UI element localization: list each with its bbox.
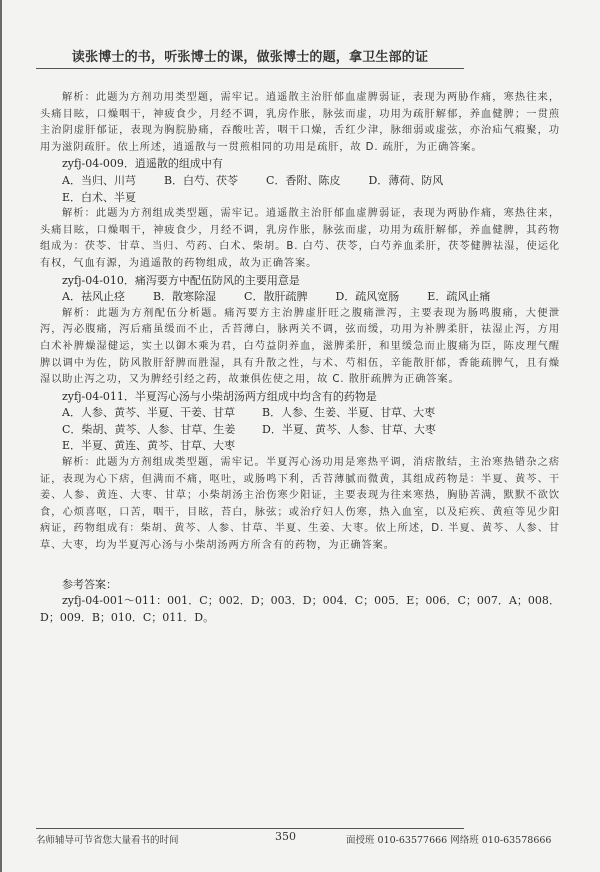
option-b: B．白芍、茯苓 <box>164 173 238 190</box>
analysis-009: 解析：此题为方剂组成类型题，需牢记。逍遥散主治肝郁血虚脾弱证，表现为两胁作痛，寒… <box>40 206 560 272</box>
options-011: A．人参、黄芩、半夏、干姜、甘草 B．人参、生姜、半夏、甘草、大枣 C．柴胡、黄… <box>40 405 560 455</box>
option-c: C．散肝疏脾 <box>244 289 307 306</box>
header-rule <box>36 68 464 69</box>
footer-rule <box>36 828 464 829</box>
analysis-010: 解析：此题为方剂配伍分析题。痛泻要方主治脾虚肝旺之腹痛泄泻，主要表现为肠鸣腹痛，… <box>40 306 560 389</box>
page-edge <box>0 0 2 872</box>
option-c: C．香附、陈皮 <box>266 173 340 190</box>
option-b: B．散寒除湿 <box>153 289 216 306</box>
option-e: E．疏风止痛 <box>427 289 490 306</box>
question-stem-010: zyfj-04-010．痛泻要方中配伍防风的主要用意是 <box>40 273 560 290</box>
option-e: E．半夏、黄连、黄芩、甘草、大枣 <box>62 438 262 455</box>
option-c: C．柴胡、黄芩、人参、甘草、生姜 <box>62 422 262 439</box>
answers-heading: 参考答案： <box>40 577 560 594</box>
options-010: A．祛风止痉 B．散寒除湿 C．散肝疏脾 D．疏风宽肠 E．疏风止痛 <box>40 289 560 306</box>
analysis-011: 解析：此题为方剂组成类型题，需牢记。半夏泻心汤功用是寒热平调，消痞散结，主治寒热… <box>40 455 560 555</box>
option-d: D．半夏、黄芩、人参、甘草、大枣 <box>262 422 462 439</box>
page-number: 350 <box>275 830 296 843</box>
options-009: A．当归、川芎 B．白芍、茯苓 C．香附、陈皮 D．薄荷、防风 E．白术、半夏 <box>40 173 560 206</box>
option-d: D．薄荷、防风 <box>368 173 443 190</box>
page-content: 解析：此题为方剂功用类型题，需牢记。逍遥散主治肝郁血虚脾弱证，表现为两胁作痛，寒… <box>40 90 560 626</box>
footer-contact: 面授班 010-63577666 网络班 010-63578666 <box>346 832 551 846</box>
question-stem-011: zyfj-04-011．半夏泻心汤与小柴胡汤两方组成中均含有的药物是 <box>40 389 560 406</box>
option-a: A．当归、川芎 <box>62 173 136 190</box>
option-e: E．白术、半夏 <box>62 190 136 207</box>
analysis-008: 解析：此题为方剂功用类型题，需牢记。逍遥散主治肝郁血虚脾弱证，表现为两胁作痛，寒… <box>40 90 560 156</box>
option-a: A．人参、黄芩、半夏、干姜、甘草 <box>62 405 262 422</box>
option-b: B．人参、生姜、半夏、甘草、大枣 <box>262 405 462 422</box>
question-stem-009: zyfj-04-009．逍遥散的组成中有 <box>40 156 560 173</box>
footer-slogan: 名师辅导可节省您大量看书的时间 <box>36 832 179 846</box>
option-d: D．疏风宽肠 <box>335 289 399 306</box>
option-a: A．祛风止痉 <box>62 289 125 306</box>
header-title: 读张博士的书，听张博士的课，做张博士的题，拿卫生部的证 <box>36 46 464 65</box>
answers-text: zyfj-04-001～011：001．C；002．D；003．D；004．C；… <box>40 593 560 626</box>
